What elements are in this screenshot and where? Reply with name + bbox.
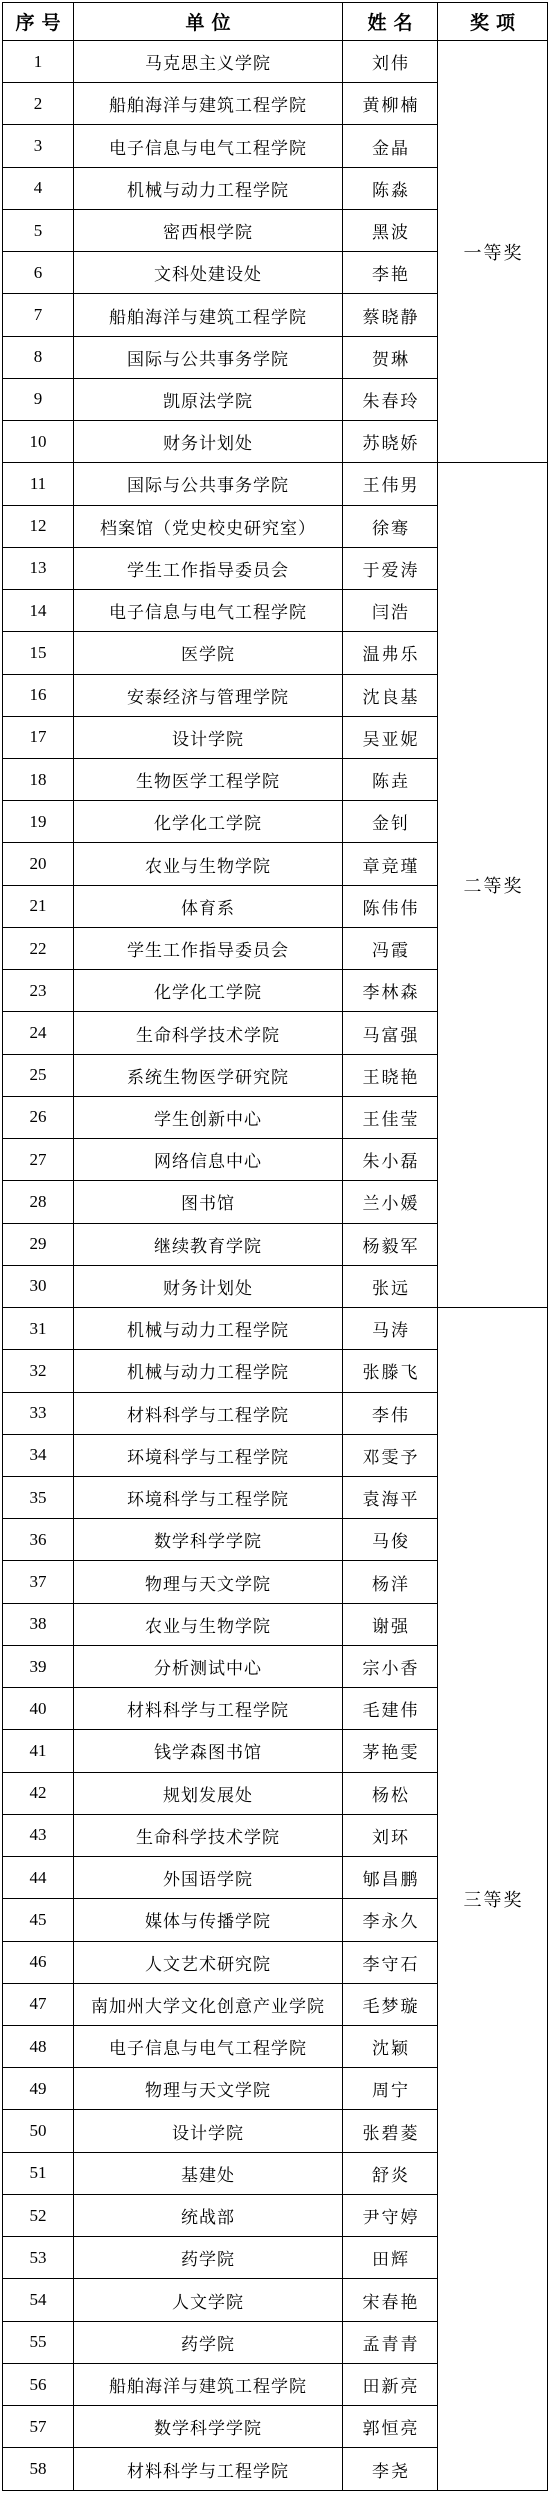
cell-unit: 人文艺术研究院 (74, 1941, 343, 1983)
cell-unit: 药学院 (74, 2321, 343, 2363)
cell-name: 李林森 (343, 970, 438, 1012)
cell-name: 蔡晓静 (343, 294, 438, 336)
cell-unit: 生命科学技术学院 (74, 1012, 343, 1054)
cell-unit: 环境科学与工程学院 (74, 1434, 343, 1476)
cell-unit: 马克思主义学院 (74, 41, 343, 83)
cell-index: 24 (3, 1012, 74, 1054)
cell-unit: 数学科学学院 (74, 2406, 343, 2448)
cell-index: 12 (3, 505, 74, 547)
header-award: 奖项 (438, 3, 548, 41)
cell-name: 徐骞 (343, 505, 438, 547)
cell-unit: 生命科学技术学院 (74, 1814, 343, 1856)
cell-unit: 继续教育学院 (74, 1223, 343, 1265)
cell-index: 55 (3, 2321, 74, 2363)
cell-unit: 分析测试中心 (74, 1645, 343, 1687)
cell-name: 李伟 (343, 1392, 438, 1434)
cell-unit: 国际与公共事务学院 (74, 336, 343, 378)
cell-name: 王伟男 (343, 463, 438, 505)
cell-name: 沈颖 (343, 2026, 438, 2068)
cell-name: 朱小磊 (343, 1139, 438, 1181)
cell-name: 谢强 (343, 1603, 438, 1645)
cell-index: 2 (3, 83, 74, 125)
cell-award: 一等奖 (438, 41, 548, 463)
cell-unit: 电子信息与电气工程学院 (74, 590, 343, 632)
cell-unit: 安泰经济与管理学院 (74, 674, 343, 716)
cell-index: 41 (3, 1730, 74, 1772)
table-header: 序号 单位 姓名 奖项 (3, 3, 548, 41)
cell-unit: 材料科学与工程学院 (74, 1688, 343, 1730)
cell-index: 17 (3, 716, 74, 758)
cell-unit: 船舶海洋与建筑工程学院 (74, 2363, 343, 2405)
cell-name: 郇昌鹏 (343, 1857, 438, 1899)
cell-index: 45 (3, 1899, 74, 1941)
cell-unit: 体育系 (74, 885, 343, 927)
cell-name: 刘伟 (343, 41, 438, 83)
cell-name: 张碧菱 (343, 2110, 438, 2152)
cell-name: 马富强 (343, 1012, 438, 1054)
cell-index: 5 (3, 209, 74, 251)
cell-index: 25 (3, 1054, 74, 1096)
cell-index: 1 (3, 41, 74, 83)
cell-name: 温弗乐 (343, 632, 438, 674)
cell-name: 章竞瑾 (343, 843, 438, 885)
cell-name: 吴亚妮 (343, 716, 438, 758)
cell-name: 金钊 (343, 801, 438, 843)
cell-name: 金晶 (343, 125, 438, 167)
cell-unit: 南加州大学文化创意产业学院 (74, 1983, 343, 2025)
cell-index: 11 (3, 463, 74, 505)
cell-index: 3 (3, 125, 74, 167)
cell-unit: 电子信息与电气工程学院 (74, 125, 343, 167)
cell-name: 于爱涛 (343, 547, 438, 589)
cell-unit: 数学科学学院 (74, 1519, 343, 1561)
table-row: 11 国际与公共事务学院 王伟男 二等奖 (3, 463, 548, 505)
cell-name: 郭恒亮 (343, 2406, 438, 2448)
cell-index: 34 (3, 1434, 74, 1476)
cell-index: 7 (3, 294, 74, 336)
cell-name: 刘环 (343, 1814, 438, 1856)
cell-unit: 化学化工学院 (74, 801, 343, 843)
cell-unit: 药学院 (74, 2237, 343, 2279)
cell-index: 10 (3, 421, 74, 463)
cell-name: 陈垚 (343, 758, 438, 800)
cell-name: 毛建伟 (343, 1688, 438, 1730)
cell-unit: 物理与天文学院 (74, 1561, 343, 1603)
cell-name: 王佳莹 (343, 1096, 438, 1138)
cell-name: 杨毅军 (343, 1223, 438, 1265)
cell-index: 43 (3, 1814, 74, 1856)
cell-index: 49 (3, 2068, 74, 2110)
cell-unit: 船舶海洋与建筑工程学院 (74, 294, 343, 336)
cell-index: 42 (3, 1772, 74, 1814)
cell-unit: 设计学院 (74, 716, 343, 758)
cell-name: 王晓艳 (343, 1054, 438, 1096)
cell-name: 冯霞 (343, 927, 438, 969)
header-name: 姓名 (343, 3, 438, 41)
cell-name: 马俊 (343, 1519, 438, 1561)
cell-unit: 材料科学与工程学院 (74, 2448, 343, 2491)
cell-unit: 钱学森图书馆 (74, 1730, 343, 1772)
cell-unit: 国际与公共事务学院 (74, 463, 343, 505)
cell-name: 马涛 (343, 1308, 438, 1350)
cell-index: 56 (3, 2363, 74, 2405)
cell-index: 51 (3, 2152, 74, 2194)
cell-name: 李永久 (343, 1899, 438, 1941)
table-body: 1 马克思主义学院 刘伟 一等奖 2 船舶海洋与建筑工程学院 黄柳楠 3 电子信… (3, 41, 548, 2491)
cell-name: 袁海平 (343, 1476, 438, 1518)
cell-index: 27 (3, 1139, 74, 1181)
cell-unit: 电子信息与电气工程学院 (74, 2026, 343, 2068)
cell-name: 黄柳楠 (343, 83, 438, 125)
cell-name: 李尧 (343, 2448, 438, 2491)
cell-unit: 凯原法学院 (74, 378, 343, 420)
cell-name: 宋春艳 (343, 2279, 438, 2321)
cell-name: 李守石 (343, 1941, 438, 1983)
cell-index: 52 (3, 2194, 74, 2236)
cell-index: 19 (3, 801, 74, 843)
cell-name: 舒炎 (343, 2152, 438, 2194)
cell-award: 三等奖 (438, 1308, 548, 2491)
cell-unit: 财务计划处 (74, 421, 343, 463)
cell-name: 黑波 (343, 209, 438, 251)
cell-name: 杨松 (343, 1772, 438, 1814)
cell-index: 38 (3, 1603, 74, 1645)
cell-unit: 医学院 (74, 632, 343, 674)
cell-index: 39 (3, 1645, 74, 1687)
cell-name: 朱春玲 (343, 378, 438, 420)
header-row: 序号 单位 姓名 奖项 (3, 3, 548, 41)
cell-name: 苏晓娇 (343, 421, 438, 463)
cell-name: 毛梦璇 (343, 1983, 438, 2025)
cell-index: 13 (3, 547, 74, 589)
table-row: 31 机械与动力工程学院 马涛 三等奖 (3, 1308, 548, 1350)
cell-unit: 物理与天文学院 (74, 2068, 343, 2110)
cell-index: 9 (3, 378, 74, 420)
cell-unit: 农业与生物学院 (74, 843, 343, 885)
cell-index: 40 (3, 1688, 74, 1730)
cell-name: 茅艳雯 (343, 1730, 438, 1772)
cell-unit: 机械与动力工程学院 (74, 1350, 343, 1392)
cell-name: 李艳 (343, 252, 438, 294)
cell-unit: 规划发展处 (74, 1772, 343, 1814)
cell-index: 37 (3, 1561, 74, 1603)
cell-index: 15 (3, 632, 74, 674)
cell-unit: 媒体与传播学院 (74, 1899, 343, 1941)
cell-index: 54 (3, 2279, 74, 2321)
cell-name: 闫浩 (343, 590, 438, 632)
cell-index: 23 (3, 970, 74, 1012)
cell-index: 53 (3, 2237, 74, 2279)
cell-index: 48 (3, 2026, 74, 2068)
cell-index: 35 (3, 1476, 74, 1518)
cell-name: 宗小香 (343, 1645, 438, 1687)
cell-index: 31 (3, 1308, 74, 1350)
cell-unit: 系统生物医学研究院 (74, 1054, 343, 1096)
cell-unit: 档案馆（党史校史研究室） (74, 505, 343, 547)
cell-name: 陈伟伟 (343, 885, 438, 927)
cell-award: 二等奖 (438, 463, 548, 1308)
cell-index: 21 (3, 885, 74, 927)
cell-index: 44 (3, 1857, 74, 1899)
cell-index: 18 (3, 758, 74, 800)
cell-name: 张滕飞 (343, 1350, 438, 1392)
cell-name: 田辉 (343, 2237, 438, 2279)
cell-name: 杨洋 (343, 1561, 438, 1603)
cell-index: 46 (3, 1941, 74, 1983)
cell-index: 4 (3, 167, 74, 209)
cell-index: 14 (3, 590, 74, 632)
header-unit: 单位 (74, 3, 343, 41)
cell-name: 田新亮 (343, 2363, 438, 2405)
cell-unit: 设计学院 (74, 2110, 343, 2152)
cell-name: 兰小媛 (343, 1181, 438, 1223)
cell-unit: 环境科学与工程学院 (74, 1476, 343, 1518)
cell-index: 32 (3, 1350, 74, 1392)
cell-name: 周宁 (343, 2068, 438, 2110)
cell-name: 贺琳 (343, 336, 438, 378)
cell-unit: 基建处 (74, 2152, 343, 2194)
cell-index: 33 (3, 1392, 74, 1434)
cell-index: 28 (3, 1181, 74, 1223)
cell-index: 29 (3, 1223, 74, 1265)
cell-name: 邓雯予 (343, 1434, 438, 1476)
cell-unit: 生物医学工程学院 (74, 758, 343, 800)
cell-index: 8 (3, 336, 74, 378)
cell-unit: 统战部 (74, 2194, 343, 2236)
cell-unit: 图书馆 (74, 1181, 343, 1223)
cell-unit: 文科处建设处 (74, 252, 343, 294)
cell-index: 22 (3, 927, 74, 969)
cell-unit: 机械与动力工程学院 (74, 1308, 343, 1350)
cell-unit: 财务计划处 (74, 1265, 343, 1307)
cell-unit: 材料科学与工程学院 (74, 1392, 343, 1434)
header-index: 序号 (3, 3, 74, 41)
table-row: 1 马克思主义学院 刘伟 一等奖 (3, 41, 548, 83)
cell-index: 30 (3, 1265, 74, 1307)
cell-unit: 农业与生物学院 (74, 1603, 343, 1645)
cell-index: 36 (3, 1519, 74, 1561)
cell-unit: 船舶海洋与建筑工程学院 (74, 83, 343, 125)
cell-unit: 人文学院 (74, 2279, 343, 2321)
cell-index: 26 (3, 1096, 74, 1138)
cell-index: 50 (3, 2110, 74, 2152)
cell-unit: 学生工作指导委员会 (74, 927, 343, 969)
cell-index: 16 (3, 674, 74, 716)
cell-unit: 学生工作指导委员会 (74, 547, 343, 589)
cell-unit: 化学化工学院 (74, 970, 343, 1012)
cell-unit: 机械与动力工程学院 (74, 167, 343, 209)
cell-unit: 学生创新中心 (74, 1096, 343, 1138)
cell-name: 尹守婷 (343, 2194, 438, 2236)
cell-name: 张远 (343, 1265, 438, 1307)
award-table: 序号 单位 姓名 奖项 1 马克思主义学院 刘伟 一等奖 2 船舶海洋与建筑工程… (2, 2, 548, 2491)
cell-index: 47 (3, 1983, 74, 2025)
cell-index: 58 (3, 2448, 74, 2491)
cell-index: 57 (3, 2406, 74, 2448)
cell-unit: 外国语学院 (74, 1857, 343, 1899)
cell-unit: 网络信息中心 (74, 1139, 343, 1181)
cell-name: 陈淼 (343, 167, 438, 209)
cell-name: 孟青青 (343, 2321, 438, 2363)
cell-index: 6 (3, 252, 74, 294)
cell-name: 沈良基 (343, 674, 438, 716)
cell-unit: 密西根学院 (74, 209, 343, 251)
cell-index: 20 (3, 843, 74, 885)
